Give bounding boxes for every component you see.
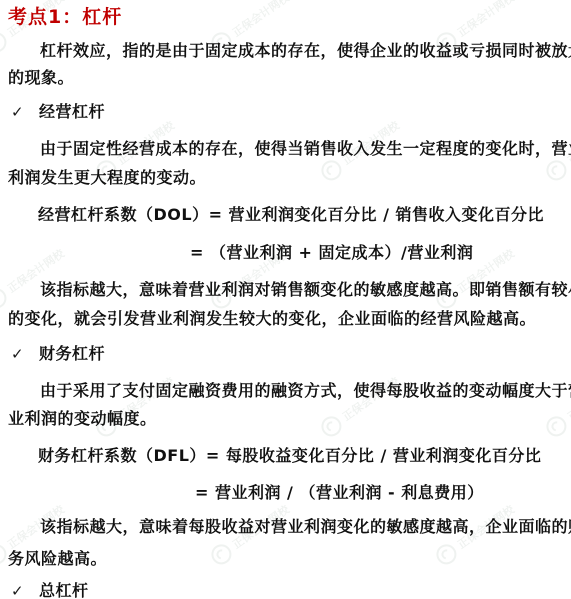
intro-line: 杠杆效应，指的是由于固定成本的存在，使得企业的收益或亏损同时被放大 <box>40 41 571 60</box>
intro-line: 的现象。 <box>8 68 74 87</box>
dfl-formula-line-1: 财务杠杆系数（DFL）= 每股收益变化百分比 / 营业利润变化百分比 <box>38 446 541 465</box>
dol-formula-line-2: = （营业利润 + 固定成本）/营业利润 <box>190 243 473 262</box>
dol-formula-line-1: 经营杠杆系数（DOL）= 营业利润变化百分比 / 销售收入变化百分比 <box>38 205 544 224</box>
watermark: 正保会计网校 <box>0 244 69 313</box>
check-icon: ✓ <box>11 345 24 364</box>
document-page: 正保会计网校正保会计网校正保会计网校正保会计网校正保会计网校正保会计网校正保会计… <box>0 0 571 599</box>
section-heading-financial-leverage: 财务杠杆 <box>39 344 105 363</box>
operating-leverage-definition-line: 由于固定性经营成本的存在，使得当销售收入发生一定程度的变化时，营业 <box>40 139 571 158</box>
watermark-logo-icon <box>0 28 10 56</box>
watermark-text: 正保会计网校 <box>229 0 292 40</box>
section-heading-total-leverage: 总杠杆 <box>39 581 89 599</box>
watermark-logo-icon <box>207 540 235 568</box>
financial-leverage-definition-line: 业利润的变动幅度。 <box>8 409 157 428</box>
check-icon: ✓ <box>11 103 24 122</box>
watermark-layer: 正保会计网校正保会计网校正保会计网校正保会计网校正保会计网校正保会计网校正保会计… <box>0 0 571 599</box>
section-heading-operating-leverage: 经营杠杆 <box>39 102 105 121</box>
financial-leverage-definition-line: 由于采用了支付固定融资费用的融资方式，使得每股收益的变动幅度大于营 <box>40 381 571 400</box>
operating-leverage-definition-line: 利润发生更大程度的变动。 <box>8 168 206 187</box>
operating-leverage-note-line: 该指标越大，意味着营业利润对销售额变化的敏感度越高。即销售额有较小· <box>40 280 571 299</box>
watermark-logo-icon <box>542 412 570 440</box>
watermark-logo-icon <box>317 412 345 440</box>
watermark-logo-icon <box>432 540 460 568</box>
dfl-formula-line-2: = 营业利润 / （营业利润 - 利息费用） <box>195 483 484 502</box>
watermark-text: 正保会计网校 <box>454 0 517 40</box>
watermark-logo-icon <box>317 156 345 184</box>
page-title: 考点1：杠杆 <box>8 6 122 28</box>
financial-leverage-note-line: 该指标越大，意味着每股收益对营业利润变化的敏感度越高，企业面临的财 <box>40 517 571 536</box>
financial-leverage-note-line: 务风险越高。 <box>8 549 107 568</box>
operating-leverage-note-line: 的变化，就会引发营业利润发生较大的变化，企业面临的经营风险越高。 <box>8 309 536 328</box>
watermark-logo-icon <box>542 156 570 184</box>
check-icon: ✓ <box>11 582 24 599</box>
